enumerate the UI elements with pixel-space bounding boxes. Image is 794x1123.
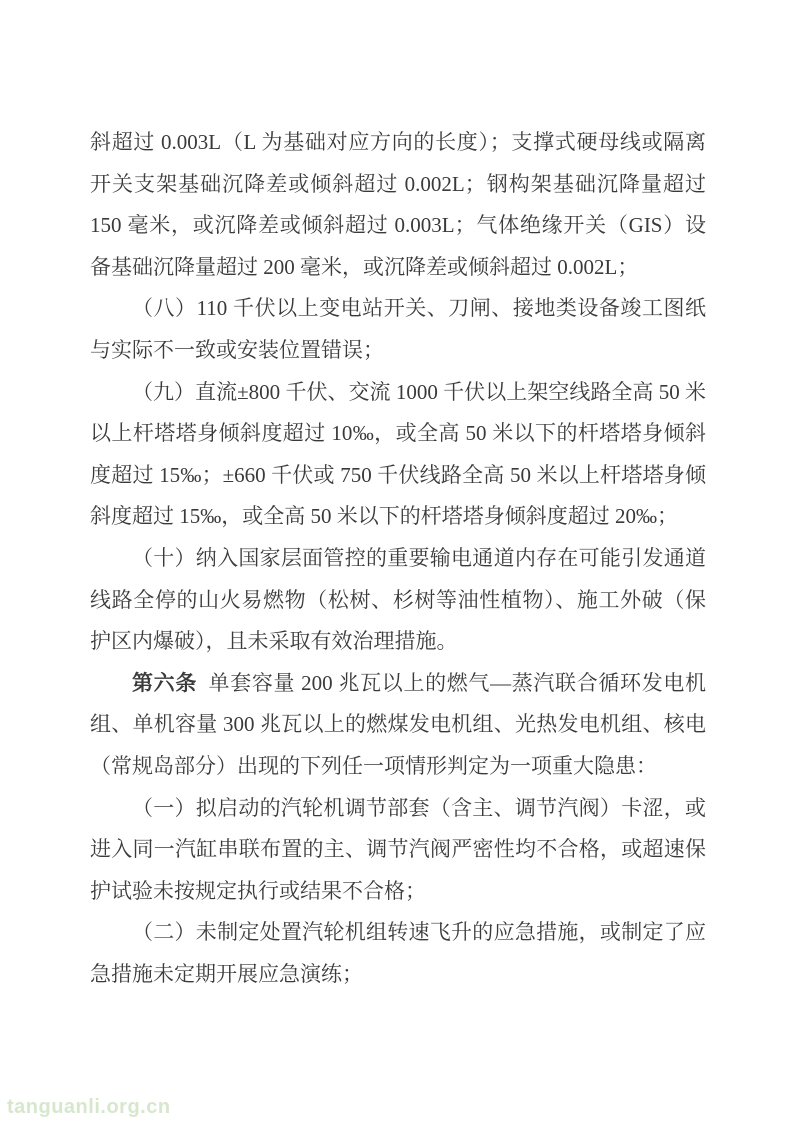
- watermark: tanguanli.org.cn: [7, 1097, 171, 1117]
- paragraph-continuation: 斜超过 0.003L（L 为基础对应方向的长度）；支撑式硬母线或隔离开关支架基础…: [90, 122, 706, 288]
- paragraph-item-9: （九）直流±800 千伏、交流 1000 千伏以上架空线路全高 50 米以上杆塔…: [90, 372, 706, 538]
- paragraph-article-6: 第六条单套容量 200 兆瓦以上的燃气—蒸汽联合循环发电机组、单机容量 300 …: [90, 663, 706, 788]
- paragraph-item-1: （一）拟启动的汽轮机调节部套（含主、调节汽阀）卡涩，或进入同一汽缸串联布置的主、…: [90, 788, 706, 913]
- document-body: 斜超过 0.003L（L 为基础对应方向的长度）；支撑式硬母线或隔离开关支架基础…: [90, 122, 706, 995]
- paragraph-item-8: （八）110 千伏以上变电站开关、刀闸、接地类设备竣工图纸与实际不一致或安装位置…: [90, 288, 706, 371]
- paragraph-item-2: （二）未制定处置汽轮机组转速飞升的应急措施，或制定了应急措施未定期开展应急演练；: [90, 912, 706, 995]
- document-page: 斜超过 0.003L（L 为基础对应方向的长度）；支撑式硬母线或隔离开关支架基础…: [0, 0, 794, 1123]
- paragraph-item-10: （十）纳入国家层面管控的重要输电通道内存在可能引发通道线路全停的山火易燃物（松树…: [90, 538, 706, 663]
- article-number: 第六条: [132, 671, 197, 695]
